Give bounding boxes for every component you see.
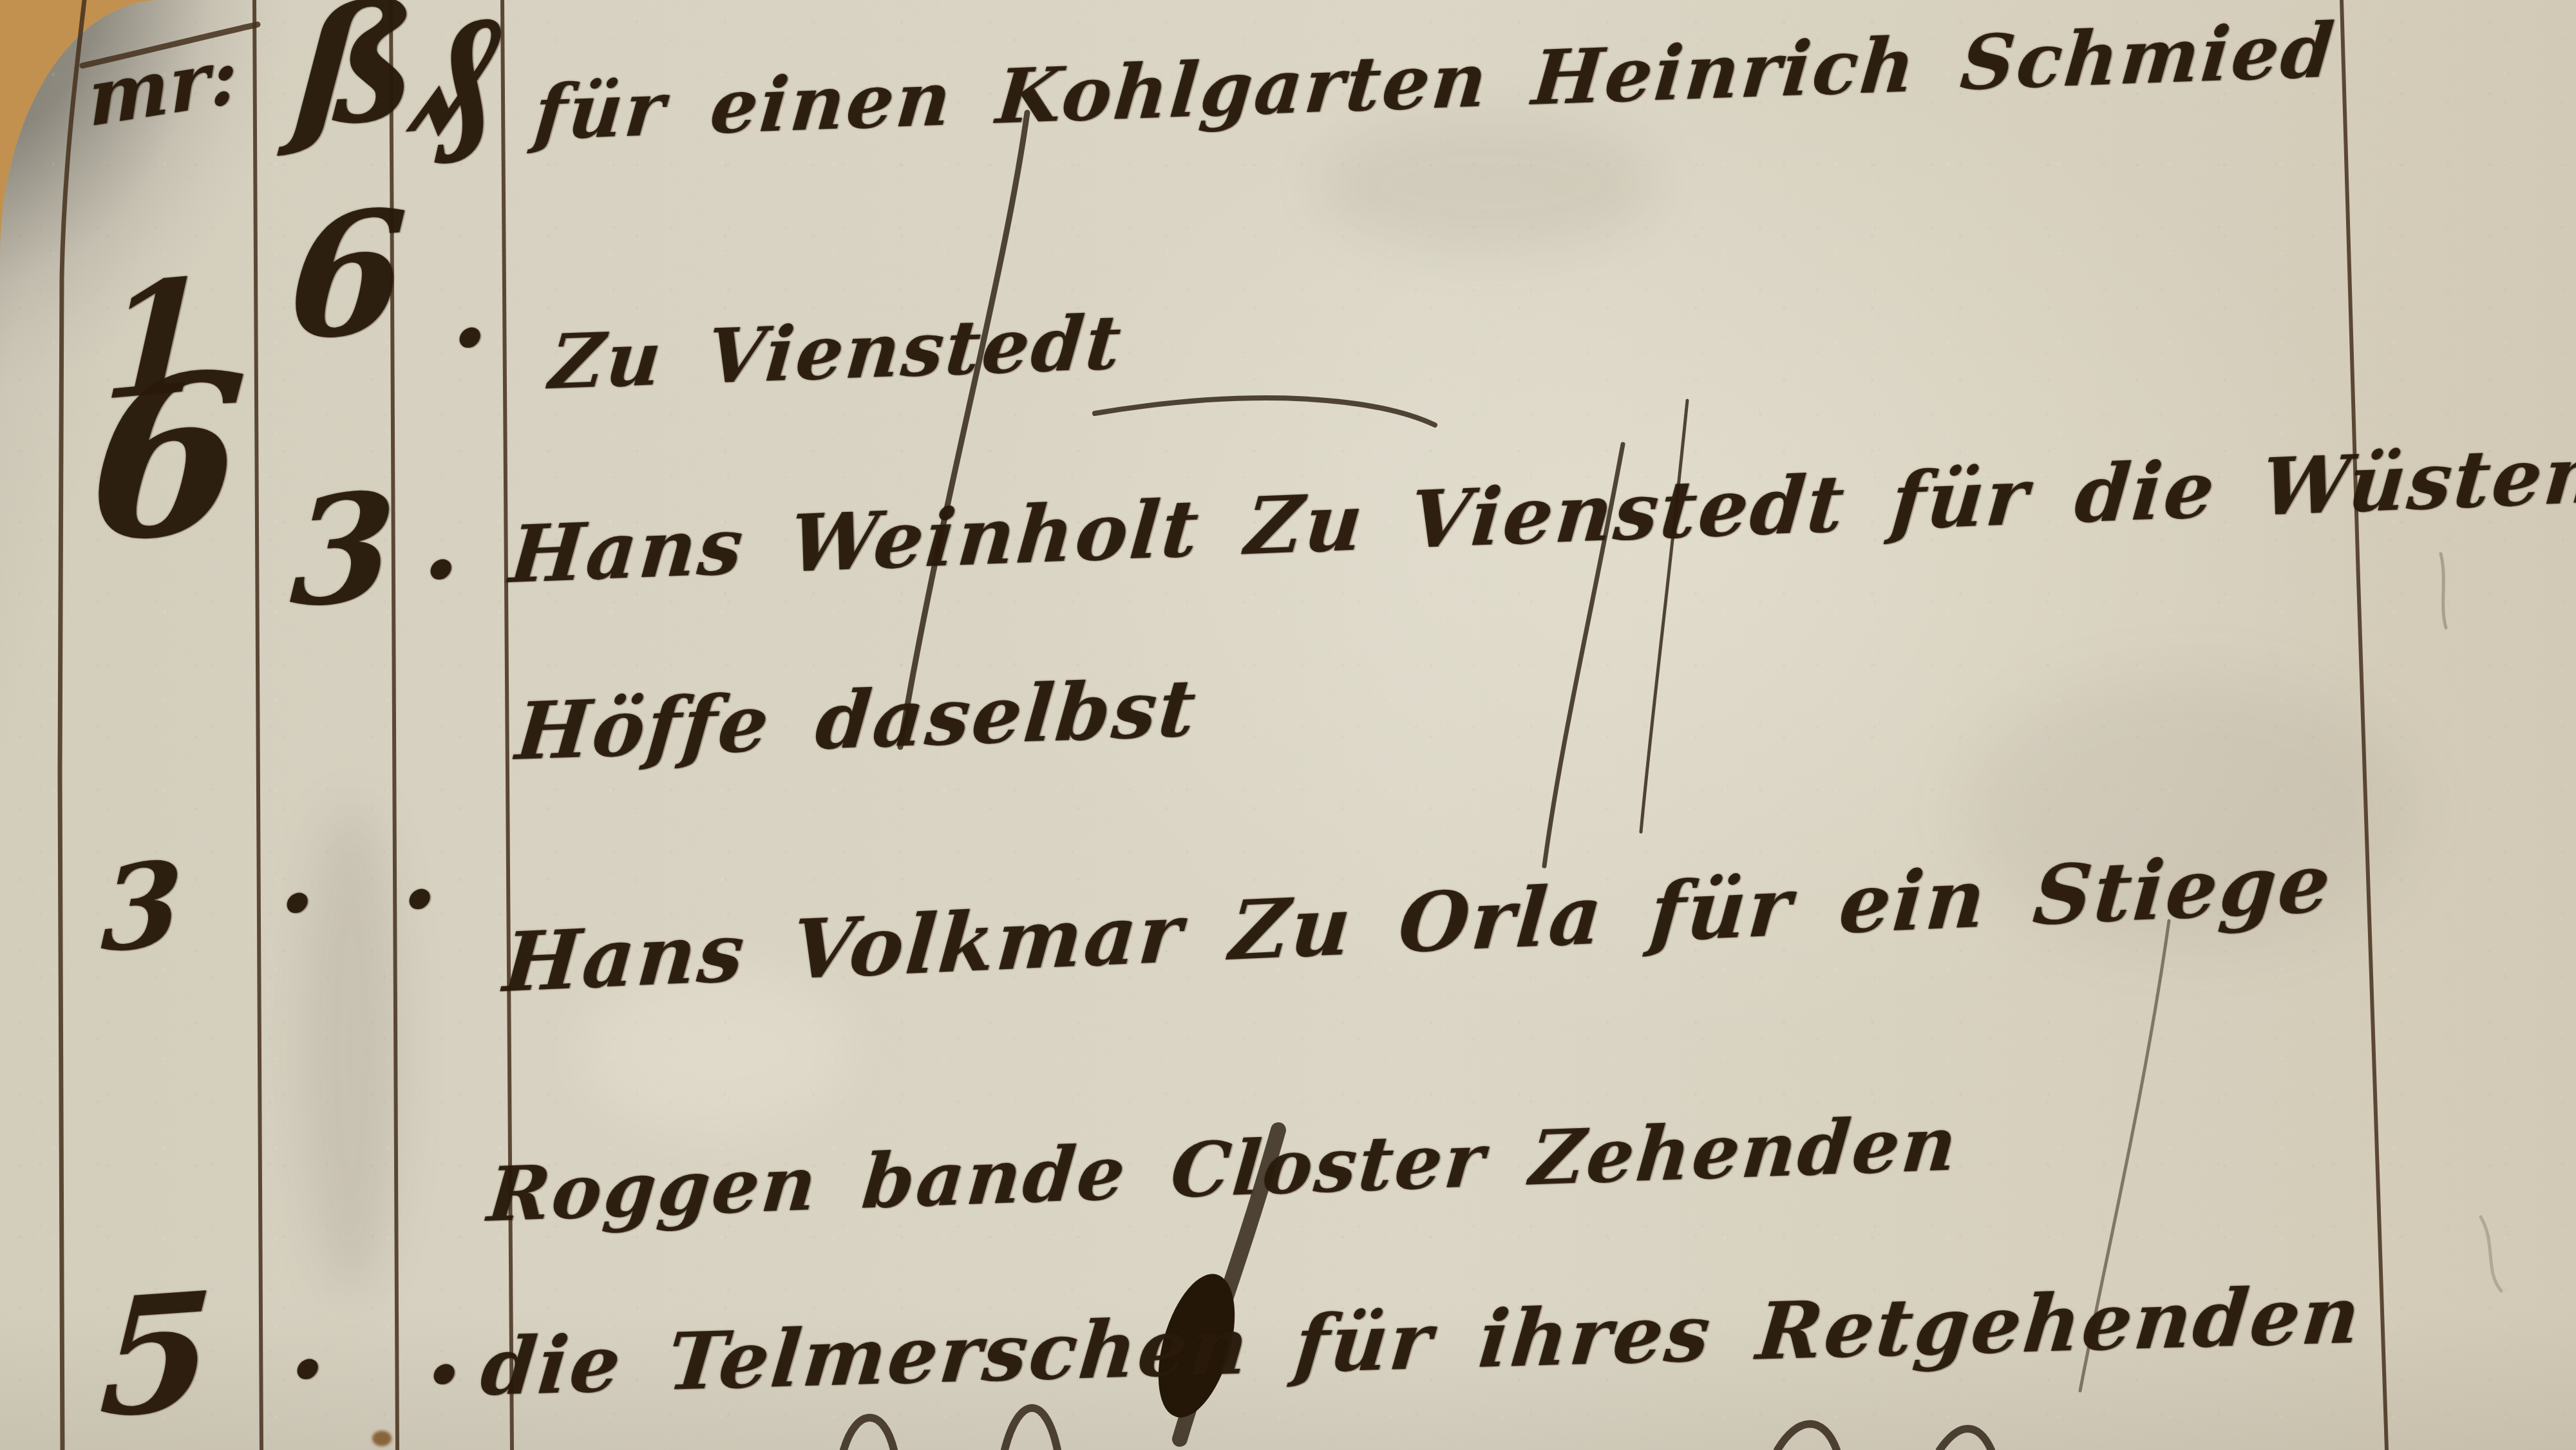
entry2-line2-text: Höffe daselbst xyxy=(513,668,1200,771)
header-amount-text: mr: xyxy=(87,37,239,138)
rust-spot xyxy=(372,1431,392,1446)
header-pfennig-label: ₰ xyxy=(413,0,505,154)
manuscript-photo: mr: ß ₰ 1 6 · 6 3 · 3 · · 5 · · für eine… xyxy=(0,0,2576,1450)
row2-amount: 6 xyxy=(85,345,249,572)
row1-pfennig-zero-dot: · xyxy=(451,283,489,393)
column-rule-2 xyxy=(254,0,261,1450)
row2-pfennig-zero-dot: · xyxy=(422,515,460,625)
row1-schilling: 6 xyxy=(283,188,412,363)
clipped-next-line-stroke xyxy=(1777,1424,1837,1450)
row1-schilling-text: 6 xyxy=(285,187,410,364)
bleed-through-mark xyxy=(2441,554,2446,628)
pen-flourish-underline xyxy=(1095,398,1435,425)
clipped-next-line-stroke xyxy=(1005,1408,1057,1450)
row3-pfennig-text: · xyxy=(401,835,439,964)
entry2-line2: Höffe daselbst xyxy=(515,668,1198,771)
row3-amount: 3 xyxy=(97,846,187,968)
row4-pfennig-text: · xyxy=(425,1310,463,1439)
header-amount-label: mr: xyxy=(82,37,243,137)
row4-amount-text: 5 xyxy=(97,1270,217,1440)
bleed-through-mark xyxy=(2481,1217,2501,1291)
entry1-line2: Zu Vienstedt xyxy=(549,305,1123,400)
row4-pfennig-zero-dot: · xyxy=(425,1320,463,1429)
row3-schilling-text: · xyxy=(278,839,316,968)
row3-schilling-zero-dot: · xyxy=(278,849,316,958)
row2-schilling-text: 3 xyxy=(288,472,399,628)
entry1-line2-text: Zu Vienstedt xyxy=(547,305,1126,400)
header-schilling-text: ß xyxy=(290,0,423,148)
clipped-next-line-stroke xyxy=(1940,1429,1991,1450)
column-rule-left-margin xyxy=(60,0,84,1450)
row2-pfennig-text: · xyxy=(422,505,460,634)
row2-amount-text: 6 xyxy=(83,344,251,572)
clipped-next-line-stroke xyxy=(844,1418,894,1450)
row3-amount-text: 3 xyxy=(100,845,184,969)
row4-schilling-text: · xyxy=(289,1305,327,1434)
row3-pfennig-zero-dot: · xyxy=(401,845,439,954)
row4-schilling-zero-dot: · xyxy=(289,1315,327,1424)
header-pfennig-text: ₰ xyxy=(415,0,504,155)
right-margin-rule xyxy=(2342,0,2387,1450)
row4-amount: 5 xyxy=(95,1270,218,1439)
pen-flourish-descender xyxy=(900,113,1027,747)
row1-pfennig-text: · xyxy=(451,274,489,402)
row2-schilling: 3 xyxy=(287,473,400,628)
header-schilling-label: ß xyxy=(291,0,422,148)
